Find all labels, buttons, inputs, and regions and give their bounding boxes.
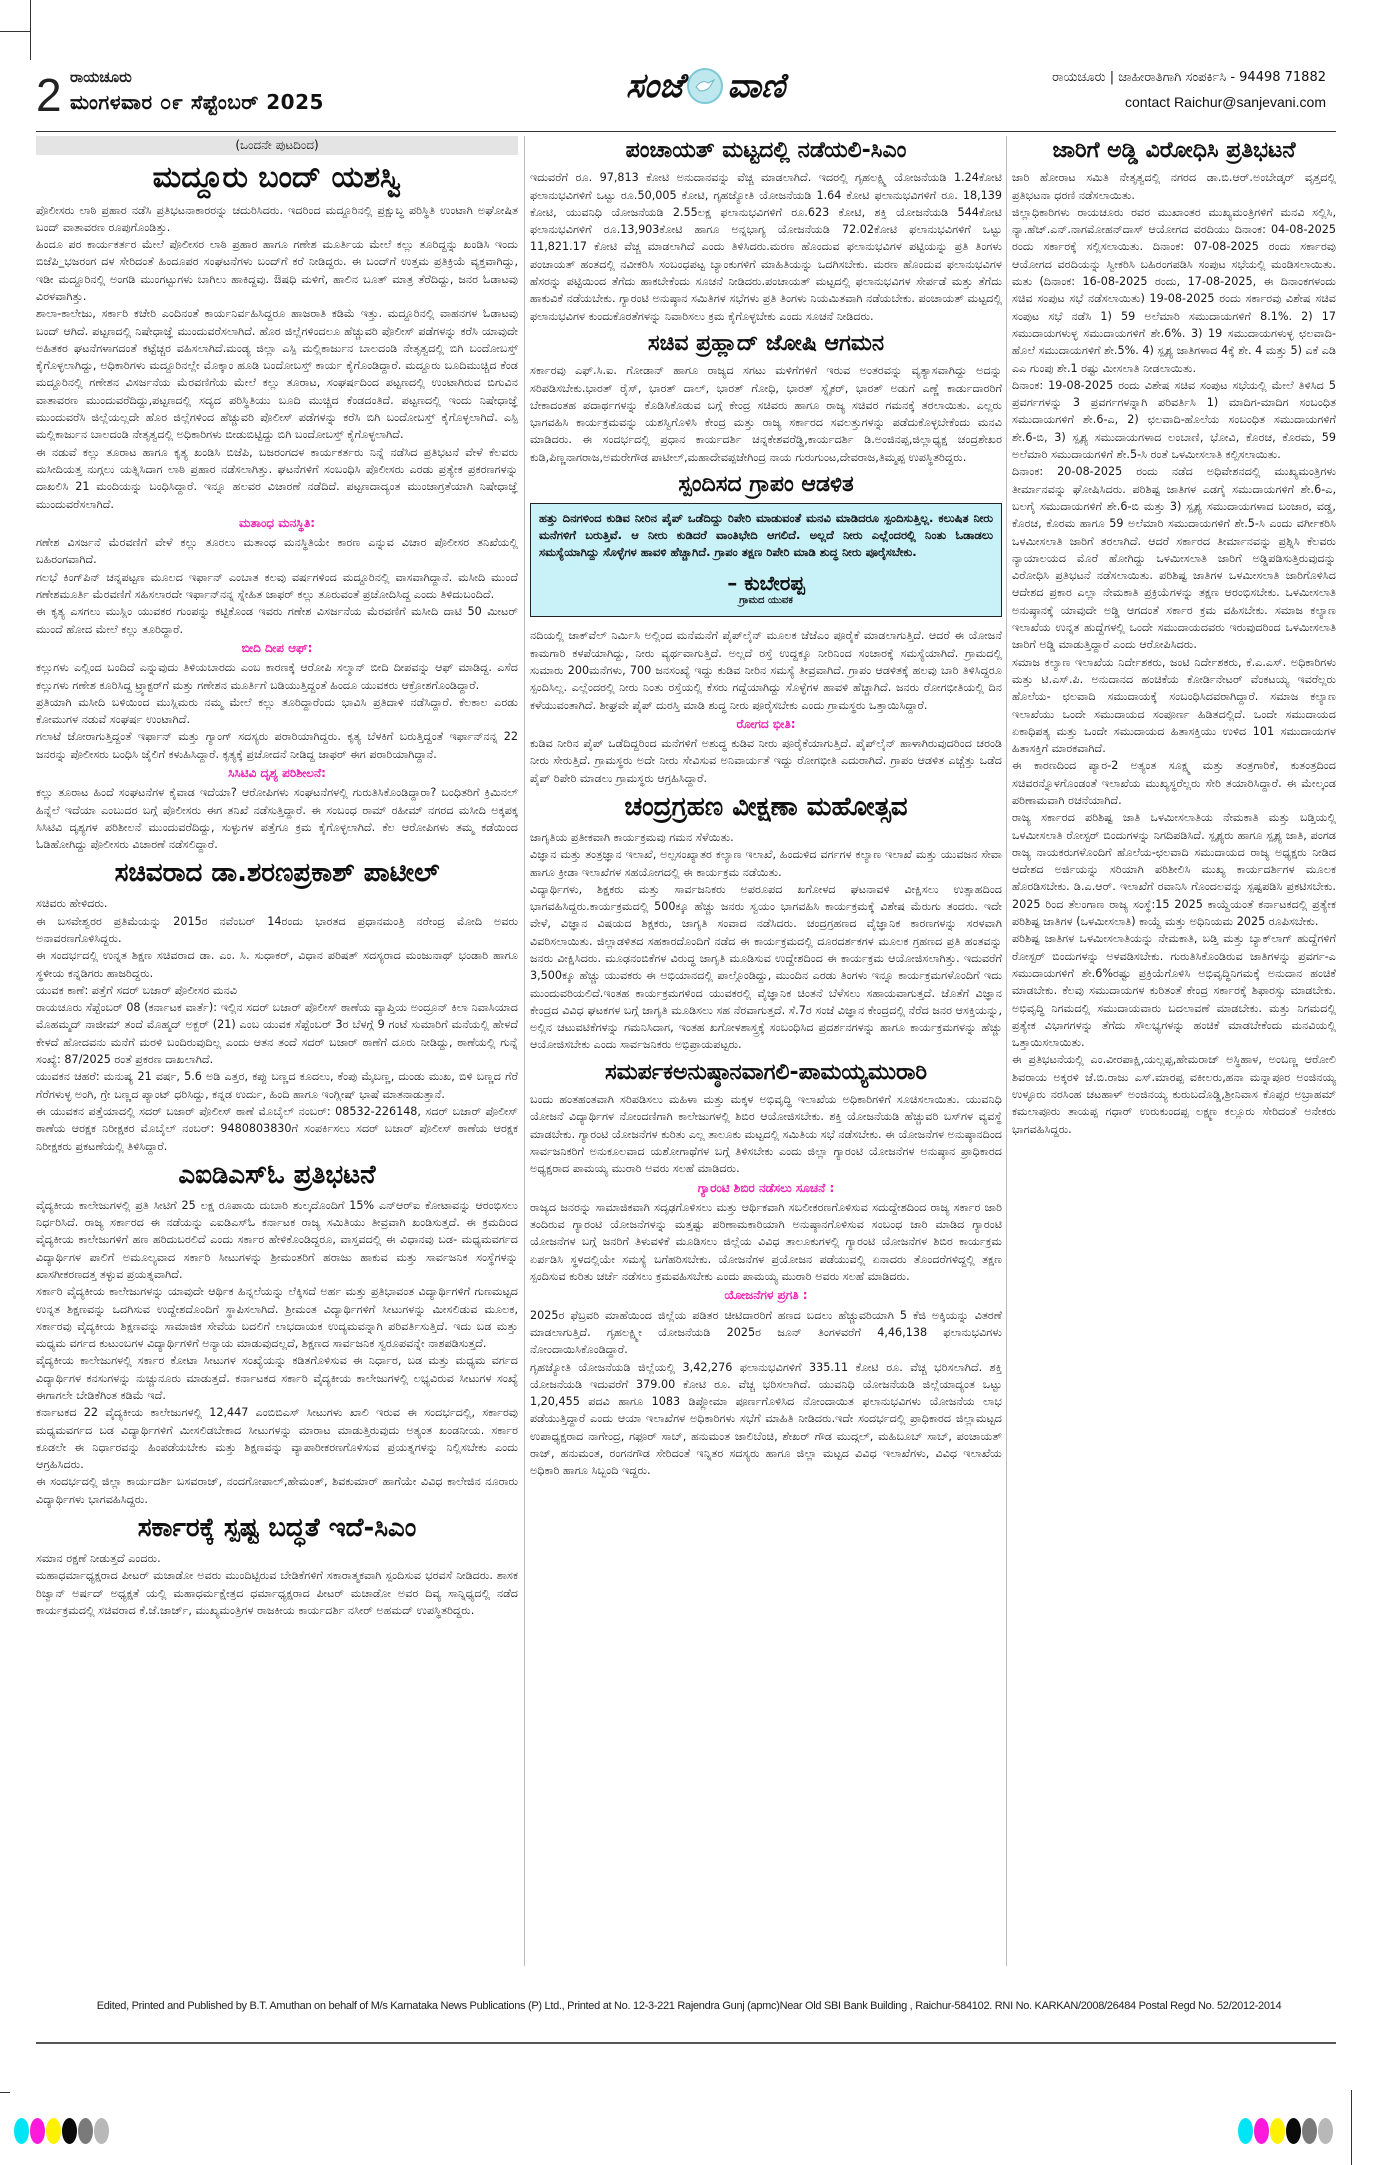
- headline: ಸ್ಪಂದಿಸದ ಗ್ರಾಪಂ ಆಡಳಿತ: [530, 472, 1002, 497]
- article-body: ಸರ್ಕಾರವು ಎಫ್.ಸಿ.ಐ. ಗೋಡಾನ್ ಹಾಗೂ ರಾಜ್ಯದ ಸಗ…: [530, 362, 1002, 466]
- article-lunar-eclipse: ಚಂದ್ರಗ್ರಹಣ ವೀಕ್ಷಣಾ ಮಹೋತ್ಸವ ಜಾಗೃತಿಯ ಪ್ರತೀ…: [530, 793, 1002, 1054]
- column-2: ಪಂಚಾಯತ್ ಮಟ್ಟದಲ್ಲಿ ನಡೆಯಲಿ-ಸಿಎಂ ಇದುವರೆಗೆ ರ…: [530, 136, 1002, 1480]
- paragraph: ನದಿಯಲ್ಲಿ ಜಾಕ್‌ವೆಲ್ ನಿರ್ಮಿಸಿ ಅಲ್ಲಿಂದ ಮನೆಮ…: [530, 627, 1002, 713]
- registration-dot-gray: [78, 2118, 93, 2144]
- paragraph: ಸರ್ಕಾರಿ ವೈದ್ಯಕೀಯ ಕಾಲೇಜುಗಳನ್ನು ಯಾವುದೇ ಆರ್…: [36, 1283, 518, 1352]
- paragraph: ಬಂದು ಹಂತಹಂತವಾಗಿ ಸರಿಪಡಿಸಲು ಮಹಿಳಾ ಮತ್ತು ಮಕ…: [530, 1091, 1002, 1177]
- headline: ಸರ್ಕಾರಕ್ಕೆ ಸ್ಪಷ್ಟ ಬದ್ಧತೆ ಇದೆ-ಸಿಎಂ: [36, 1514, 518, 1544]
- paragraph: ಕಲ್ಲುಗಳು ಎಲ್ಲಿಂದ ಬಂದಿದೆ ಎನ್ನುವುದು ತಿಳಿಯಬ…: [36, 659, 518, 694]
- page-number: 2: [36, 72, 62, 118]
- headline: ಎಐಡಿಎಸ್‌ಓ ಪ್ರತಿಭಟನೆ: [36, 1161, 518, 1191]
- paragraph: ಜಾರಿ ಹೋರಾಟ ಸಮಿತಿ ನೇತೃತ್ವದಲ್ಲಿ ನಗರದ ಡಾ.ಬಿ…: [1012, 169, 1336, 204]
- registration-dot-cyan: [1238, 2118, 1253, 2144]
- dove-icon: [687, 68, 723, 104]
- subheading: ಗ್ಯಾರಂಟಿ ಶಿಬಿರ ನಡೆಸಲು ಸೂಚನೆ :: [530, 1180, 1002, 1197]
- footer-divider: [36, 2042, 1336, 2044]
- edition-date: ಮಂಗಳವಾರ ೦೯ ಸೆಪ್ಟೆಂಬರ್ 2025: [70, 90, 324, 114]
- article-grampanchayat-unresponsive: ಸ್ಪಂದಿಸದ ಗ್ರಾಪಂ ಆಡಳಿತ ಹತ್ತು ದಿನಗಳಿಂದ ಕುಡ…: [530, 472, 1002, 787]
- subheading: ಮತಾಂಧ ಮನಸ್ಥಿತಿ:: [36, 515, 518, 532]
- registration-dot-magenta: [30, 2118, 45, 2144]
- article-body: ವೈದ್ಯಕೀಯ ಕಾಲೇಜುಗಳಲ್ಲಿ ಪ್ರತಿ ಸೀಟಿಗೆ 25 ಲಕ…: [36, 1197, 518, 1508]
- paragraph: ಕರ್ನಾಟಕದ 22 ವೈದ್ಯಕೀಯ ಕಾಲೇಜುಗಳಲ್ಲಿ 12,447…: [36, 1404, 518, 1473]
- paragraph: ಗಲಭೆ ಕಿಂಗ್‌ಪಿನ್ ಚನ್ನಪಟ್ಟಣ ಮೂಲದ ಇರ್ಫಾನ್ ಎ…: [36, 569, 518, 604]
- paragraph: ರಾಜ್ಯದ ಜನರನ್ನು ಸಾಮಾಜಿಕವಾಗಿ ಸದೃಢಗೊಳಿಸಲು ಮ…: [530, 1199, 1002, 1285]
- paragraph: ಸರ್ಕಾರವು ಎಫ್.ಸಿ.ಐ. ಗೋಡಾನ್ ಹಾಗೂ ರಾಜ್ಯದ ಸಗ…: [530, 362, 1002, 466]
- article-body: ಸಚಿವರು ಹೇಳಿದರು. ಈ ಬಸವೇಶ್ವರರ ಪ್ರತಿಮೆಯನ್ನು…: [36, 895, 518, 1154]
- article-government-commitment: ಸರ್ಕಾರಕ್ಕೆ ಸ್ಪಷ್ಟ ಬದ್ಧತೆ ಇದೆ-ಸಿಎಂ ಸಮಾನ ರ…: [36, 1514, 518, 1619]
- publisher-imprint: Edited, Printed and Published by B.T. Am…: [0, 2000, 1378, 2012]
- article-body: ಜಾಗೃತಿಯ ಪ್ರತೀಕವಾಗಿ ಕಾರ್ಯಕ್ರಮವು ಗಮನ ಸೆಳೆಯ…: [530, 829, 1002, 1054]
- quote-author-role: ಗ್ರಾಮದ ಯುವಕ: [539, 595, 993, 606]
- registration-dot-lightgray: [94, 2118, 109, 2144]
- paragraph: ಈ ಪ್ರತಿಭಟನೆಯಲ್ಲಿ ಎಂ.ವೀರಪಾಕ್ಷಿ,ಯಲ್ಲಪ್ಪ,ಹೇ…: [1012, 1051, 1336, 1137]
- paragraph: ಶಾಲಾ-ಕಾಲೇಜು, ಸರ್ಕಾರಿ ಕಚೇರಿ ಎಂದಿನಂತೆ ಕಾರ್…: [36, 305, 518, 443]
- registration-dot-gray: [1302, 2118, 1317, 2144]
- paragraph: ವೈದ್ಯಕೀಯ ಕಾಲೇಜುಗಳಲ್ಲಿ ಪ್ರತಿ ಸೀಟಿಗೆ 25 ಲಕ…: [36, 1197, 518, 1283]
- paragraph: ವಿಜ್ಞಾನ ಮತ್ತು ತಂತ್ರಜ್ಞಾನ ಇಲಾಖೆ, ಅಲ್ಪಸಂಖ್…: [530, 846, 1002, 881]
- crop-mark-bottom-left: [0, 2092, 10, 2093]
- newspaper-logo: ಸಂಜೆ ವಾಣಿ: [626, 66, 785, 106]
- paragraph: ಪ್ರತಿಯಾಗಿ ಮಸೀದಿ ಬಳಿಯಿಂದ ಮುಸ್ಲಿಮರು ನಮ್ಮ ಮ…: [36, 694, 518, 729]
- registration-dot-black: [62, 2118, 77, 2144]
- article-body: ನದಿಯಲ್ಲಿ ಜಾಕ್‌ವೆಲ್ ನಿರ್ಮಿಸಿ ಅಲ್ಲಿಂದ ಮನೆಮ…: [530, 627, 1002, 787]
- paragraph: ಹಿಂದೂ ಪರ ಕಾರ್ಯಕರ್ತರ ಮೇಲೆ ಪೊಲೀಸರ ಲಾಠಿ ಪ್ರ…: [36, 236, 518, 305]
- paragraph: ಗಣೇಶ ವಿಸರ್ಜನೆ ಮೆರವಣಿಗೆ ವೇಳೆ ಕಲ್ಲು ತೂರಲು …: [36, 534, 518, 569]
- headline: ಜಾರಿಗೆ ಅಡ್ಡಿ ವಿರೋಧಿಸಿ ಪ್ರತಿಭಟನೆ: [1012, 138, 1336, 163]
- paragraph: ಕುಡಿವ ನೀರಿನ ಪೈಪ್ ಒಡೆದಿದ್ದರಿಂದ ಮನೆಗಳಿಗೆ ಅ…: [530, 735, 1002, 787]
- quote-author: – ಕುಬೇರಪ್ಪ: [539, 571, 993, 595]
- paragraph: ಗಲಾಟೆ ಜೋರಾಗುತ್ತಿದ್ದಂತೆ ಇರ್ಫಾನ್ ಮತ್ತು ಗ್ಯ…: [36, 728, 518, 763]
- column-3: ಜಾರಿಗೆ ಅಡ್ಡಿ ವಿರೋಧಿಸಿ ಪ್ರತಿಭಟನೆ ಜಾರಿ ಹೋರ…: [1012, 136, 1336, 1138]
- subheading: ರೋಗದ ಭೀತಿ:: [530, 716, 1002, 733]
- article-guarantee-implementation: ಸಮರ್ಪಕಅನುಷ್ಠಾನವಾಗಲಿ-ಪಾಮಯ್ಯಮುರಾರಿ ಬಂದು ಹಂ…: [530, 1060, 1002, 1480]
- ad-contact: ರಾಯಚೂರು | ಜಾಹೀರಾತಿಗಾಗಿ ಸಂಪರ್ಕಿಸಿ - 94498…: [1052, 70, 1326, 85]
- registration-marks-right: [1238, 2118, 1333, 2144]
- column-divider: [1006, 136, 1007, 1966]
- headline: ಸಚಿವರಾದ ಡಾ.ಶರಣಪ್ರಕಾಶ್ ಪಾಟೀಲ್: [36, 859, 518, 889]
- article-internal-reservation-protest: ಜಾರಿಗೆ ಅಡ್ಡಿ ವಿರೋಧಿಸಿ ಪ್ರತಿಭಟನೆ ಜಾರಿ ಹೋರ…: [1012, 138, 1336, 1138]
- subheading: ಬೀದಿ ದೀಪ ಆಫ್:: [36, 640, 518, 657]
- paragraph: ಯುವಕ ಕಾಣೆ: ಪತ್ತೆಗೆ ಸದರ್ ಬಜಾರ್ ಪೊಲೀಸರ ಮನವ…: [36, 982, 518, 999]
- paragraph: ದಿನಾಂಕ: 20-08-2025 ರಂದು ನಡೆದ ಅಧಿವೇಶನದಲ್ಲ…: [1012, 463, 1336, 653]
- registration-marks-left: [14, 2118, 109, 2144]
- paragraph: ಈ ಸಂದರ್ಭದಲ್ಲಿ ಉನ್ನತ ಶಿಕ್ಷಣ ಸಚಿವರಾದ ಡಾ. ಎ…: [36, 947, 518, 982]
- paragraph: ಸಮಾನ ರಕ್ಷಣೆ ನೀಡುತ್ತದೆ ಎಂದರು.: [36, 1550, 518, 1567]
- article-body: ಜಾರಿ ಹೋರಾಟ ಸಮಿತಿ ನೇತೃತ್ವದಲ್ಲಿ ನಗರದ ಡಾ.ಬಿ…: [1012, 169, 1336, 1138]
- paragraph: ರಾಯಚೂರು ಸೆಪ್ಟೆಂಬರ್ 08 (ಕರ್ನಾಟಕ ವಾರ್ತೆ): …: [36, 999, 518, 1068]
- quote-box: ಹತ್ತು ದಿನಗಳಿಂದ ಕುಡಿವ ನೀರಿನ ಪೈಪ್ ಒಡೆದಿದ್ದ…: [530, 503, 1002, 617]
- registration-dot-lightgray: [1318, 2118, 1333, 2144]
- crop-mark-top-left-vertical: [30, 0, 31, 60]
- registration-dot-magenta: [1254, 2118, 1269, 2144]
- paragraph: ಈ ಕೃತ್ಯ ಎಸಗಲು ಮುಸ್ಲಿಂ ಯುವಕರ ಗುಂಪನ್ನು ಕಟ್…: [36, 603, 518, 638]
- article-body: ಸಮಾನ ರಕ್ಷಣೆ ನೀಡುತ್ತದೆ ಎಂದರು. ಮಹಾಧರ್ಮಾಧ್ಯ…: [36, 1550, 518, 1619]
- newspaper-page: 2 ರಾಯಚೂರು ಮಂಗಳವಾರ ೦೯ ಸೆಪ್ಟೆಂಬರ್ 2025 ಸಂಜ…: [36, 62, 1336, 2047]
- paragraph: ಈ ಸಂದರ್ಭದಲ್ಲಿ ಜಿಲ್ಲಾ ಕಾರ್ಯದರ್ಶಿ ಬಸವರಾಜ್,…: [36, 1473, 518, 1508]
- quote-text: ಹತ್ತು ದಿನಗಳಿಂದ ಕುಡಿವ ನೀರಿನ ಪೈಪ್ ಒಡೆದಿದ್ದ…: [539, 510, 993, 561]
- edition-city: ರಾಯಚೂರು: [70, 68, 132, 86]
- paragraph: ಈ ನಡುವೆ ಕಲ್ಲು ತೂರಾಟ ಹಾಗೂ ಕೃತ್ಯ ಖಂಡಿಸಿ ಬಿ…: [36, 444, 518, 513]
- registration-dot-cyan: [14, 2118, 29, 2144]
- paragraph: ಯುವಕನ ಚಹರೆ: ಮನುಷ್ಯ 21 ವರ್ಷ, 5.6 ಅಡಿ ಎತ್ತ…: [36, 1068, 518, 1103]
- column-1: (ಒಂದನೇ ಪುಟದಿಂದ) ಮದ್ದೂರು ಬಂದ್ ಯಶಸ್ವಿ ಪೊಲೀ…: [36, 136, 518, 1619]
- logo-word-left: ಸಂಜೆ: [626, 66, 683, 106]
- article-body: ಪೊಲೀಸರು ಲಾಠಿ ಪ್ರಹಾರ ನಡೆಸಿ ಪ್ರತಿಭಟನಾಕಾರರನ…: [36, 202, 518, 854]
- paragraph: ದಿನಾಂಕ: 19-08-2025 ರಂದು ವಿಶೇಷ ಸಚಿವ ಸಂಪುಟ…: [1012, 377, 1336, 463]
- paragraph: ಈ ಯುವಕನ ಪತ್ತೆಯಾದಲ್ಲಿ ಸದರ್ ಬಜಾರ್ ಪೊಲೀಸ್ ಠ…: [36, 1103, 518, 1155]
- subheading: ಸಿಸಿಟಿವಿ ದೃಶ್ಯ ಪರಿಶೀಲನೆ:: [36, 765, 518, 782]
- paragraph: ರಾಜ್ಯ ಸರ್ಕಾರದ ಪರಿಶಿಷ್ಟ ಜಾತಿ ಒಳಮೀಸಲಾತಿಯ ನ…: [1012, 809, 1336, 930]
- paragraph: ಸಚಿವರು ಹೇಳಿದರು.: [36, 895, 518, 912]
- paragraph: ಈ ಕಾರಣದಿಂದ ಪ್ಯಾರ-2 ಅತ್ಯಂತ ಸೂಕ್ಷ್ಮ ಮತ್ತು …: [1012, 757, 1336, 809]
- crop-mark-bottom-right: [1351, 2090, 1352, 2165]
- article-minister-sharanprakash: ಸಚಿವರಾದ ಡಾ.ಶರಣಪ್ರಕಾಶ್ ಪಾಟೀಲ್ ಸಚಿವರು ಹೇಳಿ…: [36, 859, 518, 1154]
- article-aidso-protest: ಎಐಡಿಎಸ್‌ಓ ಪ್ರತಿಭಟನೆ ವೈದ್ಯಕೀಯ ಕಾಲೇಜುಗಳಲ್ಲ…: [36, 1161, 518, 1508]
- headline: ಸಮರ್ಪಕಅನುಷ್ಠಾನವಾಗಲಿ-ಪಾಮಯ್ಯಮುರಾರಿ: [530, 1060, 1002, 1085]
- article-maddur-bandh: ಮದ್ದೂರು ಬಂದ್ ಯಶಸ್ವಿ ಪೊಲೀಸರು ಲಾಠಿ ಪ್ರಹಾರ …: [36, 161, 518, 853]
- headline: ಚಂದ್ರಗ್ರಹಣ ವೀಕ್ಷಣಾ ಮಹೋತ್ಸವ: [530, 793, 1002, 823]
- paragraph: ಜಿಲ್ಲಾಧಿಕಾರಿಗಳು ರಾಯಚೂರು ರವರ ಮುಖಾಂತರ ಮುಖ್…: [1012, 204, 1336, 377]
- registration-dot-yellow: [1270, 2118, 1285, 2144]
- registration-dot-yellow: [46, 2118, 61, 2144]
- paragraph: ಕಲ್ಲು ತೂರಾಟ ಹಿಂದೆ ಸಂಘಟನೆಗಳ ಕೈವಾಡ ಇದೆಯಾ? …: [36, 784, 518, 853]
- paragraph: ಗೃಹಜ್ಯೋತಿ ಯೋಜನೆಯಡಿ ಜಿಲ್ಲೆಯಲ್ಲಿ 3,42,276 …: [530, 1359, 1002, 1480]
- registration-dot-black: [1286, 2118, 1301, 2144]
- headline: ಸಚಿವ ಪ್ರಹ್ಲಾದ್ ಜೋಷಿ ಆಗಮನ: [530, 331, 1002, 356]
- headline: ಪಂಚಾಯತ್ ಮಟ್ಟದಲ್ಲಿ ನಡೆಯಲಿ-ಸಿಎಂ: [530, 138, 1002, 163]
- paragraph: ಸಮಾಜ ಕಲ್ಯಾಣ ಇಲಾಖೆಯ ನಿರ್ದೇಶಕರು, ಜಂಟಿ ನಿರ್…: [1012, 654, 1336, 758]
- column-divider: [524, 136, 525, 1966]
- paragraph: ವೈದ್ಯಕೀಯ ಕಾಲೇಜುಗಳಲ್ಲಿ ಸರ್ಕಾರ ಕೋಟಾ ಸೀಟುಗಳ…: [36, 1352, 518, 1404]
- article-body: ಬಂದು ಹಂತಹಂತವಾಗಿ ಸರಿಪಡಿಸಲು ಮಹಿಳಾ ಮತ್ತು ಮಕ…: [530, 1091, 1002, 1480]
- contact-email: contact Raichur@sanjevani.com: [1125, 94, 1326, 110]
- subheading: ಯೋಜನೆಗಳ ಪ್ರಗತಿ :: [530, 1287, 1002, 1304]
- paragraph: ವಿದ್ಯಾರ್ಥಿಗಳು, ಶಿಕ್ಷಕರು ಮತ್ತು ಸಾರ್ವಜನಿಕರ…: [530, 881, 1002, 1054]
- paragraph: ಪೊಲೀಸರು ಲಾಠಿ ಪ್ರಹಾರ ನಡೆಸಿ ಪ್ರತಿಭಟನಾಕಾರರನ…: [36, 202, 518, 237]
- paragraph: ಜಾಗೃತಿಯ ಪ್ರತೀಕವಾಗಿ ಕಾರ್ಯಕ್ರಮವು ಗಮನ ಸೆಳೆಯ…: [530, 829, 1002, 846]
- article-body: ಇದುವರೆಗೆ ರೂ. 97,813 ಕೋಟಿ ಅನುದಾನವನ್ನು ವೆಚ…: [530, 169, 1002, 325]
- paragraph: ಪರಿಶಿಷ್ಟ ಜಾತಿಗಳ ಒಳಮೀಸಲಾತಿಯನ್ನು ನೇಮಕಾತಿ, …: [1012, 930, 1336, 1051]
- paragraph: 2025ರ ಫೆಬ್ರವರಿ ಮಾಹೆಯಿಂದ ಜಿಲ್ಲೆಯ ಪಡಿತರ ಚೀ…: [530, 1307, 1002, 1359]
- article-panchayat-level: ಪಂಚಾಯತ್ ಮಟ್ಟದಲ್ಲಿ ನಡೆಯಲಿ-ಸಿಎಂ ಇದುವರೆಗೆ ರ…: [530, 138, 1002, 325]
- continued-from-front: (ಒಂದನೇ ಪುಟದಿಂದ): [36, 136, 518, 155]
- headline: ಮದ್ದೂರು ಬಂದ್ ಯಶಸ್ವಿ: [36, 161, 518, 196]
- paragraph: ಇದುವರೆಗೆ ರೂ. 97,813 ಕೋಟಿ ಅನುದಾನವನ್ನು ವೆಚ…: [530, 169, 1002, 325]
- masthead: 2 ರಾಯಚೂರು ಮಂಗಳವಾರ ೦೯ ಸೆಪ್ಟೆಂಬರ್ 2025 ಸಂಜ…: [36, 62, 1336, 132]
- paragraph: ಈ ಬಸವೇಶ್ವರರ ಪ್ರತಿಮೆಯನ್ನು 2015ರ ನವೆಂಬರ್ 1…: [36, 913, 518, 948]
- article-pralhad-joshi: ಸಚಿವ ಪ್ರಹ್ಲಾದ್ ಜೋಷಿ ಆಗಮನ ಸರ್ಕಾರವು ಎಫ್.ಸಿ…: [530, 331, 1002, 466]
- paragraph: ಮಹಾಧರ್ಮಾಧ್ಯಕ್ಷರಾದ ಪೀಟರ್ ಮಚಾಡೋ ಅವರು ಮುಂದಿ…: [36, 1567, 518, 1619]
- crop-mark-top-left-horizontal: [0, 31, 30, 32]
- logo-word-right: ವಾಣಿ: [727, 66, 785, 106]
